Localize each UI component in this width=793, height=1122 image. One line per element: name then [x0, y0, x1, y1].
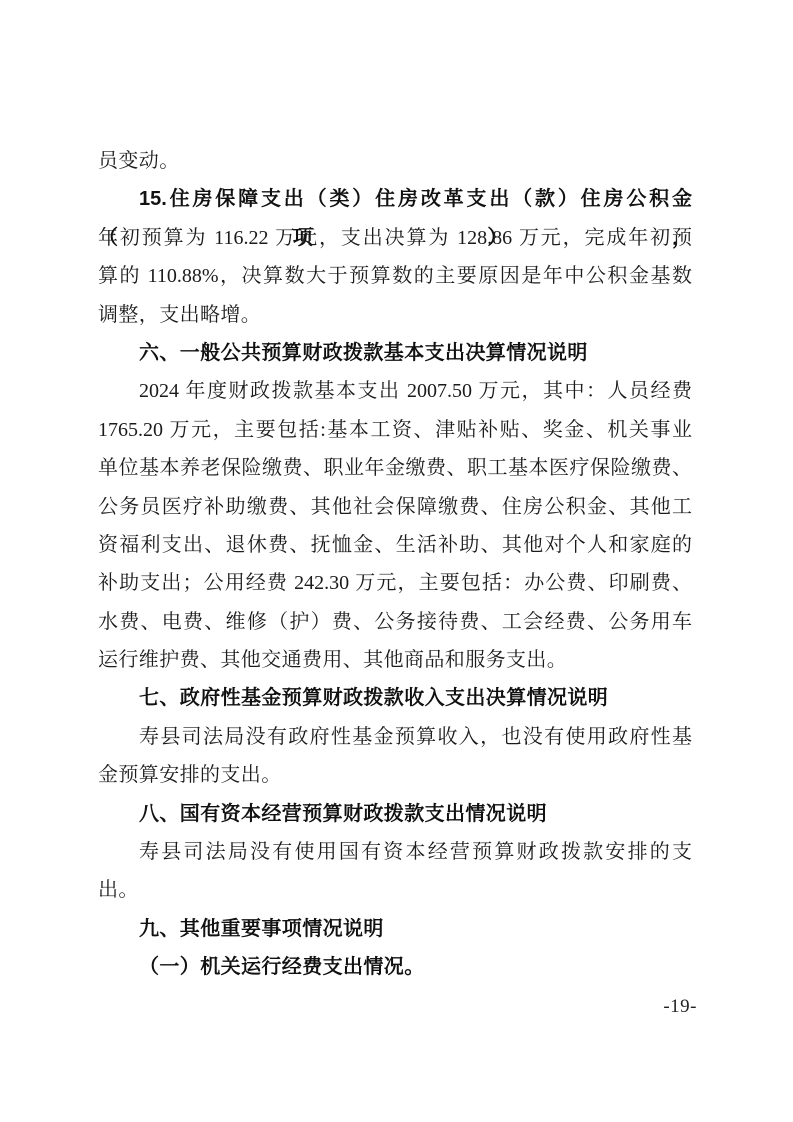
text-line: 寿县司法局没有政府性基金预算收入，也没有使用政府性基: [98, 718, 692, 756]
section-heading: （一）机关运行经费支出情况。: [98, 948, 692, 986]
text-line: 运行维护费、其他交通费用、其他商品和服务支出。: [98, 641, 692, 679]
text-line: 员变动。: [98, 142, 692, 180]
section-heading: 六、一般公共预算财政拨款基本支出决算情况说明: [98, 334, 692, 372]
text-line: 调整，支出略增。: [98, 296, 692, 334]
text-line: 出。: [98, 871, 692, 909]
emphasis-paragraph-line: 15.住房保障支出（类）住房改革支出（款）住房公积金（项），: [98, 180, 692, 218]
document-page: 员变动。15.住房保障支出（类）住房改革支出（款）住房公积金（项），年初预算为 …: [0, 0, 793, 1122]
text-line: 水费、电费、维修（护）费、公务接待费、工会经费、公务用车: [98, 603, 692, 641]
text-line: 补助支出；公用经费 242.30 万元，主要包括：办公费、印刷费、: [98, 564, 692, 602]
text-line: 单位基本养老保险缴费、职业年金缴费、职工基本医疗保险缴费、: [98, 449, 692, 487]
text-line: 金预算安排的支出。: [98, 756, 692, 794]
text-line: 算的 110.88%，决算数大于预算数的主要原因是年中公积金基数: [98, 257, 692, 295]
page-number: -19-: [663, 995, 697, 1019]
document-body: 员变动。15.住房保障支出（类）住房改革支出（款）住房公积金（项），年初预算为 …: [98, 142, 692, 987]
section-heading: 八、国有资本经营预算财政拨款支出情况说明: [98, 795, 692, 833]
section-heading: 七、政府性基金预算财政拨款收入支出决算情况说明: [98, 679, 692, 717]
text-line: 寿县司法局没有使用国有资本经营预算财政拨款安排的支: [98, 833, 692, 871]
text-line: 2024 年度财政拨款基本支出 2007.50 万元，其中：人员经费: [98, 372, 692, 410]
text-line: 1765.20 万元，主要包括:基本工资、津贴补贴、奖金、机关事业: [98, 411, 692, 449]
text-line: 公务员医疗补助缴费、其他社会保障缴费、住房公积金、其他工: [98, 488, 692, 526]
text-line: 资福利支出、退休费、抚恤金、生活补助、其他对个人和家庭的: [98, 526, 692, 564]
section-heading: 九、其他重要事项情况说明: [98, 910, 692, 948]
text-line: 年初预算为 116.22 万元，支出决算为 128.86 万元，完成年初预: [98, 219, 692, 257]
